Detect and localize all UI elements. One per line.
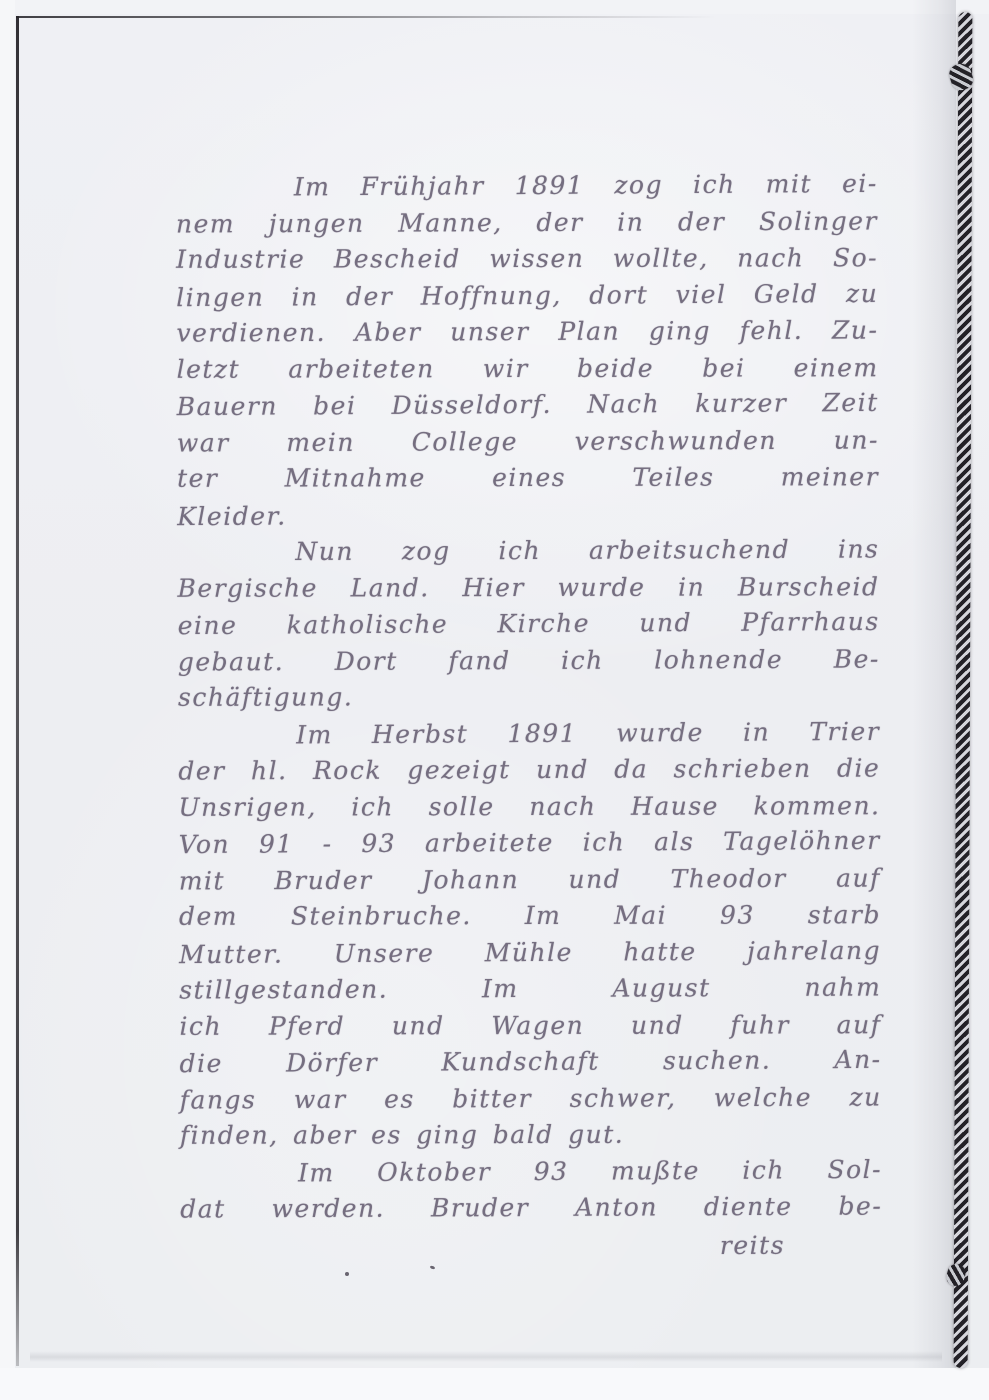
ink-dot bbox=[430, 1265, 436, 1270]
binding-cord bbox=[954, 12, 973, 1368]
handwritten-line: Im Herbst 1891 wurde in Trier bbox=[178, 713, 880, 754]
scan-border-top bbox=[16, 16, 716, 18]
handwritten-line: dem Steinbruche. Im Mai 93 starb bbox=[179, 897, 881, 935]
handwritten-line: eine katholische Kirche und Pfarrhaus bbox=[178, 604, 880, 645]
handwritten-line: ter Mitnahme eines Teiles meiner bbox=[177, 459, 879, 497]
handwritten-line: Bauern bei Düsseldorf. Nach kurzer Zeit bbox=[177, 385, 879, 426]
handwritten-line: Unsrigen, ich solle nach Hause kommen. bbox=[178, 788, 880, 826]
handwritten-line: gebaut. Dort fand ich lohnende Be- bbox=[178, 641, 880, 681]
handwritten-line: fangs war es bitter schwer, welche zu bbox=[180, 1079, 882, 1119]
handwritten-line: mit Bruder Johann und Theodor auf bbox=[179, 860, 881, 900]
handwritten-line: die Dörfer Kundschaft suchen. An- bbox=[179, 1042, 881, 1083]
handwritten-text: Im Frühjahr 1891 zog ich mit ei-nem jung… bbox=[176, 166, 883, 1228]
scan-margin-top bbox=[0, 0, 989, 14]
handwritten-line: Industrie Bescheid wissen wollte, nach S… bbox=[176, 240, 878, 278]
handwritten-line: der hl. Rock gezeigt und da schrieben di… bbox=[178, 750, 880, 790]
scan-margin-bottom bbox=[0, 1368, 989, 1400]
handwritten-line: Im Frühjahr 1891 zog ich mit ei- bbox=[176, 166, 878, 207]
handwritten-line: Im Oktober 93 mußte ich Sol- bbox=[180, 1151, 882, 1192]
handwritten-line: Mutter. Unsere Mühle hatte jahrelang bbox=[179, 932, 881, 973]
handwritten-line: lingen in der Hoffnung, dort viel Geld z… bbox=[176, 275, 878, 316]
scan-margin-left bbox=[0, 0, 15, 1400]
handwritten-line: schäftigung. bbox=[178, 678, 880, 716]
handwritten-line: ich Pferd und Wagen und fuhr auf bbox=[179, 1007, 881, 1045]
handwritten-line: verdienen. Aber unser Plan ging fehl. Zu… bbox=[176, 312, 878, 352]
handwritten-line: letzt arbeiteten wir beide bei einem bbox=[177, 350, 879, 388]
handwritten-line: Von 91 - 93 arbeitete ich als Tagelöhner bbox=[179, 823, 881, 864]
page-edge-shadow bbox=[912, 0, 956, 1368]
page-bottom-shadow bbox=[30, 1351, 942, 1362]
scan-border-left bbox=[16, 16, 19, 1366]
handwritten-line: Nun zog ich arbeitsuchend ins bbox=[177, 531, 879, 571]
handwritten-line: nem jungen Manne, der in der Solinger bbox=[176, 203, 878, 243]
handwritten-line: Bergische Land. Hier wurde in Burscheid bbox=[177, 569, 879, 607]
handwritten-line: stillgestanden. Im August nahm bbox=[179, 969, 881, 1009]
scanned-page: Im Frühjahr 1891 zog ich mit ei-nem jung… bbox=[0, 0, 989, 1400]
handwritten-line: dat werden. Bruder Anton diente be- bbox=[180, 1188, 882, 1228]
handwritten-line: war mein College verschwunden un- bbox=[177, 422, 879, 462]
catchword-text: reits bbox=[720, 1231, 785, 1260]
catchword: reits bbox=[178, 1230, 880, 1263]
handwritten-line: Kleider. bbox=[177, 494, 879, 535]
handwritten-line: finden, aber es ging bald gut. bbox=[180, 1116, 882, 1154]
ink-dot bbox=[345, 1272, 349, 1276]
